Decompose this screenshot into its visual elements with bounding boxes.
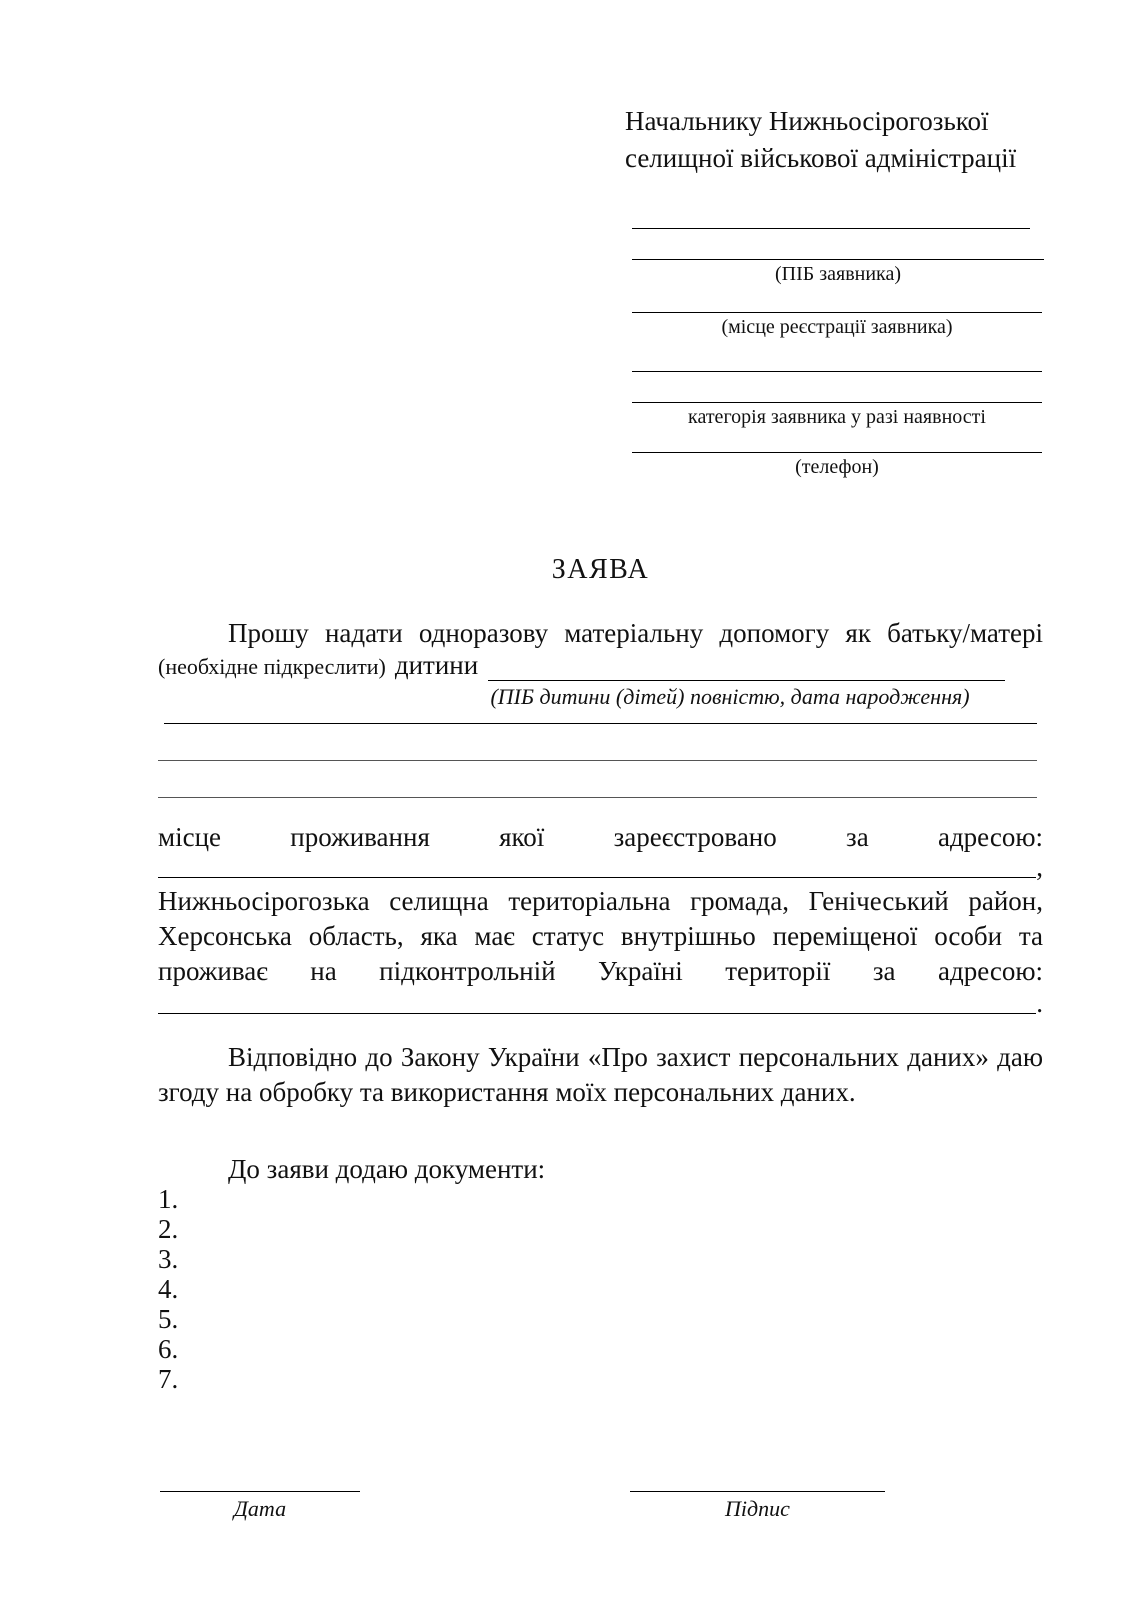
recipient-line-2: селищної військової адміністрації (625, 140, 1055, 177)
phone-caption: (телефон) (632, 456, 1042, 479)
list-item-4: 4. (158, 1274, 178, 1305)
signature-label: Підпис (630, 1496, 885, 1522)
list-item-6: 6. (158, 1334, 178, 1365)
category-line-2 (632, 402, 1042, 403)
list-item-7: 7. (158, 1364, 178, 1395)
applicant-name-line-2 (632, 259, 1044, 260)
applicant-name-caption: (ПІБ заявника) (632, 263, 1044, 286)
registered-address-line (158, 850, 1036, 878)
list-item-2: 2. (158, 1214, 178, 1245)
child-name-caption: (ПІБ дитини (дітей) повністю, дата народ… (450, 684, 1010, 710)
address-line-2: Нижньосірогозька селищна територіальна г… (158, 884, 1043, 919)
current-address-row: . (158, 986, 1043, 1014)
applicant-name-line-1 (632, 228, 1030, 229)
blank-line-3 (158, 797, 1037, 798)
registration-line (632, 312, 1042, 313)
consent-line-1: Відповідно до Закону України «Про захист… (158, 1040, 1043, 1075)
category-line-1 (632, 371, 1042, 372)
application-document-page: Начальнику Нижньосірогозької селищної ві… (0, 0, 1130, 1600)
list-item-1: 1. (158, 1184, 178, 1215)
current-address-line (158, 986, 1036, 1014)
address-line-3: Херсонська область, яка має статус внутр… (158, 919, 1043, 954)
registration-caption: (місце реєстрації заявника) (632, 316, 1042, 339)
date-label: Дата (160, 1496, 360, 1522)
recipient-line-1: Начальнику Нижньосірогозької (625, 103, 1055, 140)
request-line-1: Прошу надати одноразову матеріальну допо… (158, 616, 1043, 651)
documents-heading: До заяви додаю документи: (158, 1152, 1043, 1187)
list-item-3: 3. (158, 1244, 178, 1275)
child-name-line (488, 648, 1005, 681)
address-line-4-punct: . (1036, 986, 1043, 1021)
request-line-2: (необхідне підкреслити) дитини (158, 648, 1005, 681)
address-line-1-punct: , (1036, 850, 1043, 885)
document-title: ЗАЯВА (158, 554, 1043, 586)
date-line (160, 1491, 360, 1492)
recipient-block: Начальнику Нижньосірогозької селищної ві… (625, 103, 1055, 177)
signature-line (630, 1491, 885, 1492)
blank-line-2 (158, 760, 1037, 761)
address-line-4: проживає на підконтрольній Україні терит… (158, 954, 1043, 989)
registered-address-row: , (158, 850, 1043, 878)
consent-line-2: згоду на обробку та використання моїх пе… (158, 1075, 1043, 1110)
list-item-5: 5. (158, 1304, 178, 1335)
child-word: дитини (395, 648, 478, 683)
underline-note: (необхідне підкреслити) (158, 654, 386, 680)
phone-line (632, 452, 1042, 453)
blank-line-1 (164, 723, 1037, 724)
category-caption: категорія заявника у разі наявності (632, 406, 1042, 429)
